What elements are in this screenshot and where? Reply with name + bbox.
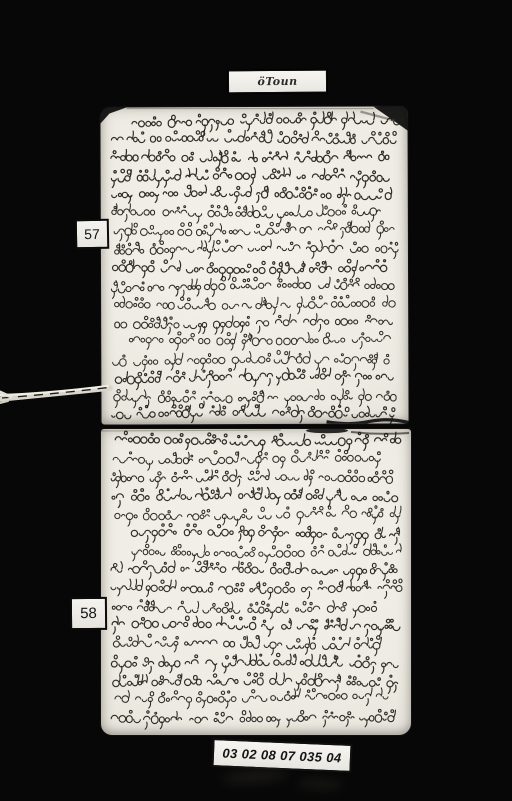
binding-string	[0, 372, 115, 414]
handwritten-text-lower	[101, 429, 411, 735]
handwriting-line	[113, 449, 380, 470]
page-edge-shadows	[101, 429, 409, 434]
handwriting-line	[111, 653, 398, 673]
handwriting-line	[115, 239, 399, 259]
smudge-mark	[222, 768, 289, 786]
handwriting-line	[112, 203, 381, 224]
handwriting-line	[115, 431, 400, 451]
handwriting-line	[115, 368, 393, 390]
handwriting-line	[112, 488, 398, 508]
page-corner-shadows	[100, 106, 408, 424]
handwriting-line	[111, 579, 402, 599]
handwriting-line	[112, 259, 386, 280]
handwriting-line	[132, 111, 400, 132]
archive-code-text: 03 02 08 07 035 04	[222, 746, 342, 766]
handwriting-line	[113, 350, 390, 371]
handwriting-line	[111, 129, 396, 145]
handwriting-line	[111, 561, 397, 581]
handwritten-text-upper	[100, 106, 408, 424]
handwriting-line	[115, 295, 396, 315]
page-number-58-text: 58	[80, 605, 97, 622]
page-number-label-58: 58	[70, 597, 107, 630]
top-tag-text: öToun	[257, 75, 297, 88]
smudge-mark	[298, 778, 342, 790]
handwriting-line	[112, 403, 395, 424]
handwriting-line	[111, 709, 395, 729]
handwriting-line	[113, 634, 381, 656]
handwriting-line	[112, 185, 392, 206]
handwriting-line	[115, 313, 393, 334]
manuscript-photo: öToun 57	[0, 0, 512, 801]
handwriting-line	[112, 616, 400, 637]
handwriting-line	[111, 276, 394, 298]
handwriting-line	[114, 220, 394, 242]
handwriting-line	[115, 505, 401, 526]
manuscript-page-upper	[100, 106, 408, 424]
archive-code-label: 03 02 08 07 035 04	[211, 738, 352, 773]
handwriting-lines-lower	[111, 431, 402, 729]
page-number-label-57: 57	[75, 219, 110, 250]
top-tag-label: öToun	[228, 70, 327, 94]
handwriting-line	[111, 469, 393, 488]
handwriting-line	[111, 149, 389, 168]
page-number-57-text: 57	[84, 226, 100, 242]
handwriting-line	[131, 524, 399, 546]
handwriting-lines-upper	[111, 111, 401, 424]
handwriting-line	[132, 544, 401, 563]
manuscript-page-lower	[101, 429, 411, 735]
handwriting-line	[115, 688, 388, 709]
handwriting-line	[112, 600, 376, 619]
